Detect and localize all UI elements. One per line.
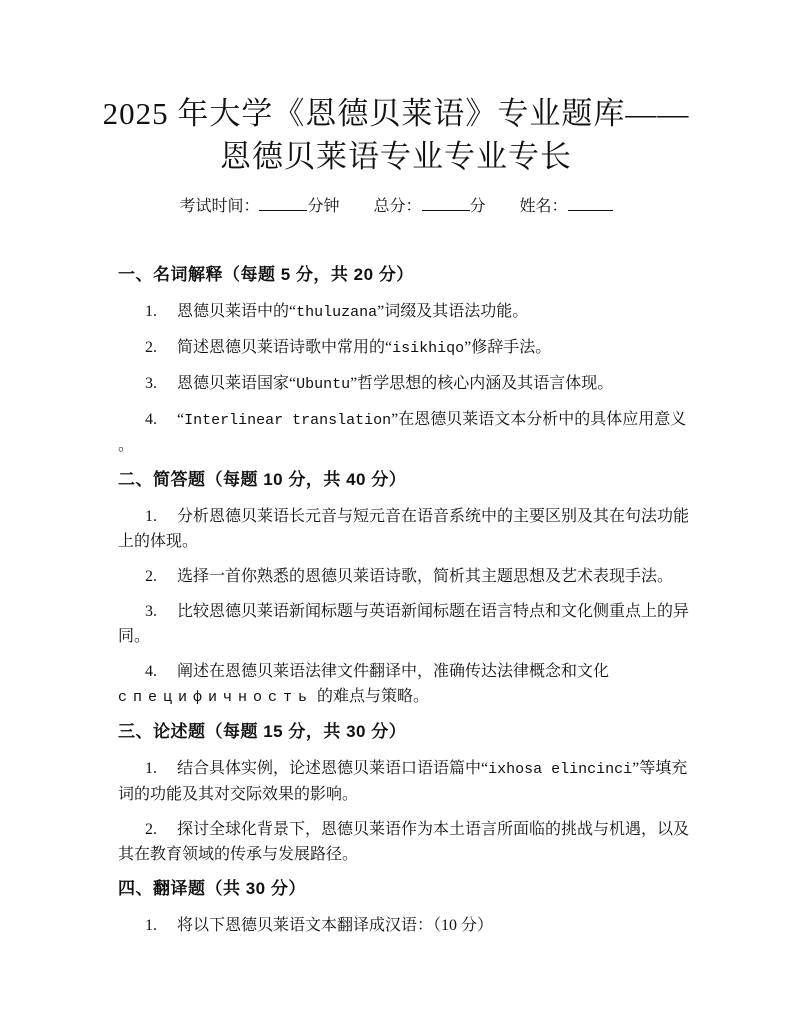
text-segment: 选择一首你熟悉的恩德贝莱语诗歌，简析其主题思想及艺术表现手法。 <box>177 568 673 585</box>
text-segment: ”哲学思想的核心内涵及其语言体现。 <box>350 375 613 392</box>
section-4-heading: 四、翻译题（共 30 分） <box>118 877 732 901</box>
question-item: 2.选择一首你熟悉的恩德贝莱语诗歌，简析其主题思想及艺术表现手法。 <box>118 564 732 589</box>
question-item: 3.比较恩德贝莱语新闻标题与英语新闻标题在语言特点和文化侧重点上的异 同。 <box>118 599 732 649</box>
total-score-blank <box>422 195 470 211</box>
section-2-heading: 二、简答题（每题 10 分，共 40 分） <box>118 468 732 492</box>
question-item: 3.恩德贝莱语国家“Ubuntu”哲学思想的核心内涵及其语言体现。 <box>118 371 732 397</box>
question-text: 比较恩德贝莱语新闻标题与英语新闻标题在语言特点和文化侧重点上的异 同。 <box>118 603 689 645</box>
question-number: 4. <box>145 663 177 680</box>
text-segment: 阐述在恩德贝莱语法律文件翻译中，准确传达法律概念和文化 <box>177 663 609 680</box>
question-text: 选择一首你熟悉的恩德贝莱语诗歌，简析其主题思想及艺术表现手法。 <box>177 568 673 585</box>
name-label: 姓名： <box>520 198 568 215</box>
latin-term: ixhosa elincinci <box>488 761 632 778</box>
question-item: 1.恩德贝莱语中的“thuluzana”词缀及其语法功能。 <box>118 299 732 325</box>
total-score-label: 总分： <box>373 198 421 215</box>
exam-paper: 2025 年大学《恩德贝莱语》专业题库—— 恩德贝莱语专业专业专长 考试时间：分… <box>0 0 792 938</box>
exam-info-line: 考试时间：分钟总分：分姓名： <box>0 195 792 218</box>
question-text: 恩德贝莱语中的“thuluzana”词缀及其语法功能。 <box>177 303 528 320</box>
text-segment: ”修辞手法。 <box>464 339 551 356</box>
text-segment: 恩德贝莱语国家“ <box>177 375 296 392</box>
total-score-unit: 分 <box>470 198 486 215</box>
question-item: 2.简述恩德贝莱语诗歌中常用的“isikhiqo”修辞手法。 <box>118 335 732 361</box>
text-segment: 恩德贝莱语中的“ <box>177 303 296 320</box>
text-segment: 简述恩德贝莱语诗歌中常用的“ <box>177 339 392 356</box>
text-segment: 比较恩德贝莱语新闻标题与英语新闻标题在语言特点和文化侧重点上的异 同。 <box>118 603 689 645</box>
page-title-line-2: 恩德贝莱语专业专业专长 <box>0 135 792 178</box>
latin-term: isikhiqo <box>392 340 464 357</box>
question-number: 4. <box>145 411 177 428</box>
page-title-line-1: 2025 年大学《恩德贝莱语》专业题库—— <box>0 92 792 135</box>
question-number: 1. <box>145 508 177 525</box>
cyrillic-term: специфичность <box>118 689 313 706</box>
question-text: 阐述在恩德贝莱语法律文件翻译中，准确传达法律概念和文化 специфичност… <box>118 663 609 705</box>
text-segment: 探讨全球化背景下，恩德贝莱语作为本土语言所面临的挑战与机遇，以及 其在教育领域的… <box>118 821 689 863</box>
exam-body: 一、名词解释（每题 5 分，共 20 分） 1.恩德贝莱语中的“thuluzan… <box>0 263 792 938</box>
question-number: 3. <box>145 603 177 620</box>
question-number: 2. <box>145 568 177 585</box>
question-item: 4.“Interlinear translation”在恩德贝莱语文本分析中的具… <box>118 407 732 458</box>
question-text: 结合具体实例，论述恩德贝莱语口语语篇中“ixhosa elincinci”等填充… <box>118 760 687 803</box>
question-number: 1. <box>145 760 177 777</box>
question-item: 4.阐述在恩德贝莱语法律文件翻译中，准确传达法律概念和文化 специфично… <box>118 659 732 710</box>
question-text: 探讨全球化背景下，恩德贝莱语作为本土语言所面临的挑战与机遇，以及 其在教育领域的… <box>118 821 689 863</box>
question-item: 1.将以下恩德贝莱语文本翻译成汉语：（10 分） <box>118 913 732 938</box>
question-text: 恩德贝莱语国家“Ubuntu”哲学思想的核心内涵及其语言体现。 <box>177 375 613 392</box>
text-segment: 的难点与策略。 <box>313 688 429 705</box>
exam-time-label: 考试时间： <box>179 198 259 215</box>
question-item: 1.结合具体实例，论述恩德贝莱语口语语篇中“ixhosa elincinci”等… <box>118 756 732 807</box>
text-segment: ”词缀及其语法功能。 <box>377 303 528 320</box>
latin-term: Ubuntu <box>296 376 350 393</box>
question-item: 2.探讨全球化背景下，恩德贝莱语作为本土语言所面临的挑战与机遇，以及 其在教育领… <box>118 817 732 867</box>
section-3-heading: 三、论述题（每题 15 分，共 30 分） <box>118 720 732 744</box>
question-number: 2. <box>145 339 177 356</box>
exam-time-unit: 分钟 <box>307 198 339 215</box>
latin-term: thuluzana <box>296 304 377 321</box>
section-1-heading: 一、名词解释（每题 5 分，共 20 分） <box>118 263 732 287</box>
question-item: 1.分析恩德贝莱语长元音与短元音在语音系统中的主要区别及其在句法功能 上的体现。 <box>118 504 732 554</box>
question-number: 2. <box>145 821 177 838</box>
text-segment: 分析恩德贝莱语长元音与短元音在语音系统中的主要区别及其在句法功能 上的体现。 <box>118 508 689 550</box>
question-text: 简述恩德贝莱语诗歌中常用的“isikhiqo”修辞手法。 <box>177 339 551 356</box>
question-text: “Interlinear translation”在恩德贝莱语文本分析中的具体应… <box>118 411 686 454</box>
page-title: 2025 年大学《恩德贝莱语》专业题库—— 恩德贝莱语专业专业专长 <box>0 92 792 178</box>
name-blank <box>568 195 613 211</box>
latin-term: Interlinear translation <box>184 412 391 429</box>
text-segment: 结合具体实例，论述恩德贝莱语口语语篇中“ <box>177 760 488 777</box>
exam-time-blank <box>259 195 307 211</box>
question-number: 1. <box>145 303 177 320</box>
text-segment: 将以下恩德贝莱语文本翻译成汉语：（10 分） <box>177 917 493 934</box>
question-number: 1. <box>145 917 177 934</box>
question-text: 将以下恩德贝莱语文本翻译成汉语：（10 分） <box>177 917 493 934</box>
question-text: 分析恩德贝莱语长元音与短元音在语音系统中的主要区别及其在句法功能 上的体现。 <box>118 508 689 550</box>
question-number: 3. <box>145 375 177 392</box>
